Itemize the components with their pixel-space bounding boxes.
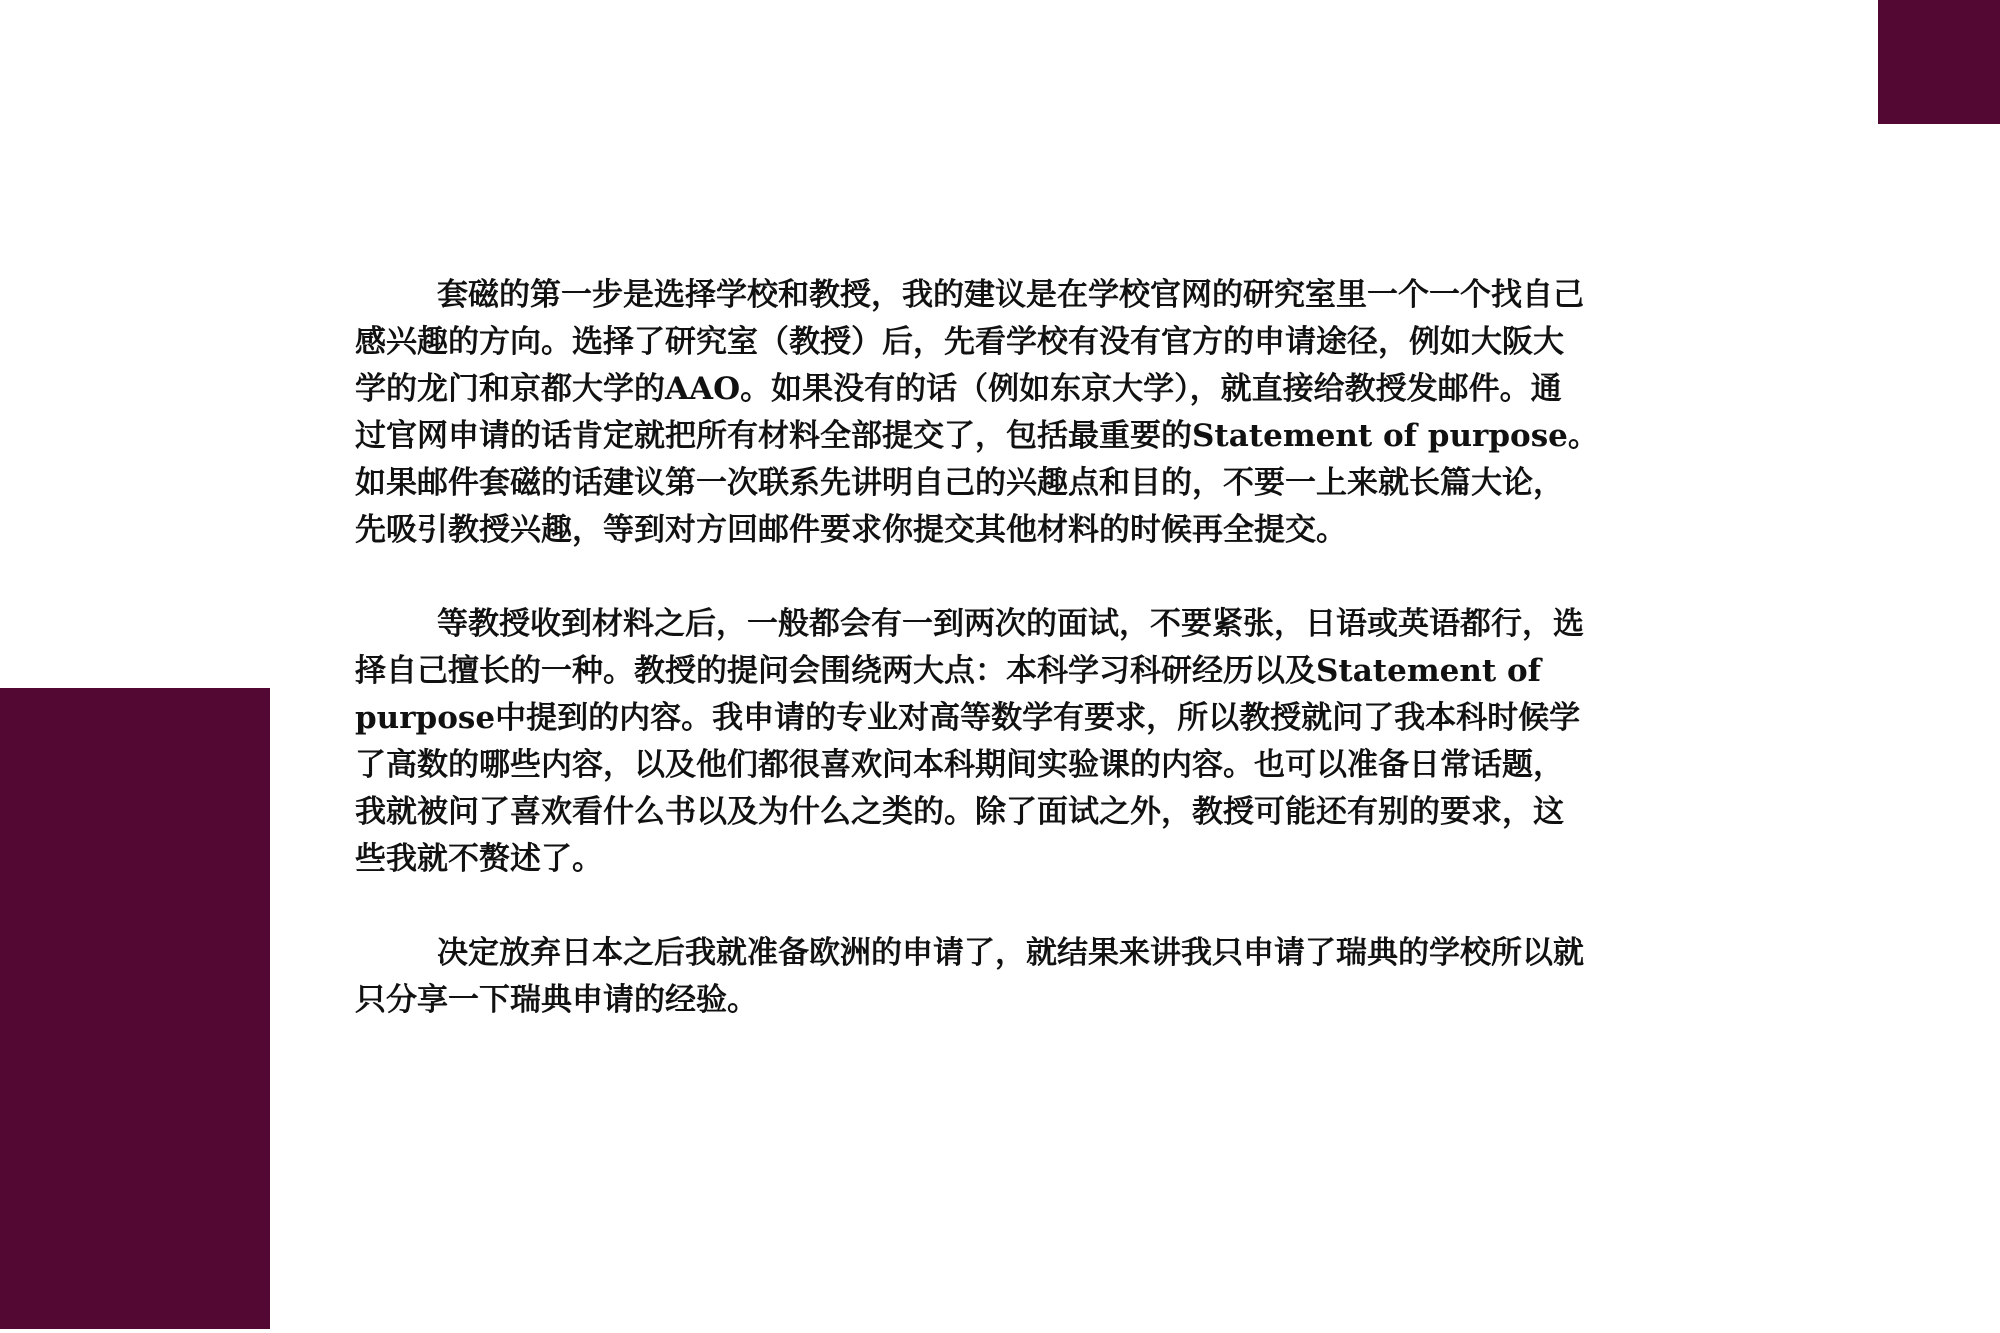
article-body: 套磁的第一步是选择学校和教授，我的建议是在学校官网的研究室里一个一个找自己 感兴…: [355, 272, 1755, 1024]
text-line: 择自己擅长的一种。教授的提问会围绕两大点：本科学习科研经历以及Statement…: [355, 648, 1755, 695]
decorative-block-top-right: [1878, 0, 2000, 124]
text-line: 套磁的第一步是选择学校和教授，我的建议是在学校官网的研究室里一个一个找自己: [355, 272, 1755, 319]
text-line: 学的龙门和京都大学的AAO。如果没有的话（例如东京大学），就直接给教授发邮件。通: [355, 366, 1755, 413]
paragraph-interview: 等教授收到材料之后，一般都会有一到两次的面试，不要紧张，日语或英语都行，选 择自…: [355, 601, 1755, 883]
text-line: 只分享一下瑞典申请的经验。: [355, 977, 1755, 1024]
text-line: 决定放弃日本之后我就准备欧洲的申请了，就结果来讲我只申请了瑞典的学校所以就: [355, 930, 1755, 977]
text-line: 过官网申请的话肯定就把所有材料全部提交了，包括最重要的Statement of …: [355, 413, 1755, 460]
text-line: 了高数的哪些内容，以及他们都很喜欢问本科期间实验课的内容。也可以准备日常话题，: [355, 742, 1755, 789]
text-line: purpose中提到的内容。我申请的专业对高等数学有要求，所以教授就问了我本科时…: [355, 695, 1755, 742]
text-line: 些我就不赘述了。: [355, 836, 1755, 883]
text-line: 我就被问了喜欢看什么书以及为什么之类的。除了面试之外，教授可能还有别的要求，这: [355, 789, 1755, 836]
paragraph-contacting-professors: 套磁的第一步是选择学校和教授，我的建议是在学校官网的研究室里一个一个找自己 感兴…: [355, 272, 1755, 554]
text-line: 感兴趣的方向。选择了研究室（教授）后，先看学校有没有官方的申请途径，例如大阪大: [355, 319, 1755, 366]
decorative-block-bottom-left: [0, 688, 270, 1329]
text-line: 如果邮件套磁的话建议第一次联系先讲明自己的兴趣点和目的，不要一上来就长篇大论，: [355, 460, 1755, 507]
text-line: 先吸引教授兴趣，等到对方回邮件要求你提交其他材料的时候再全提交。: [355, 507, 1755, 554]
paragraph-europe: 决定放弃日本之后我就准备欧洲的申请了，就结果来讲我只申请了瑞典的学校所以就 只分…: [355, 930, 1755, 1024]
text-line: 等教授收到材料之后，一般都会有一到两次的面试，不要紧张，日语或英语都行，选: [355, 601, 1755, 648]
